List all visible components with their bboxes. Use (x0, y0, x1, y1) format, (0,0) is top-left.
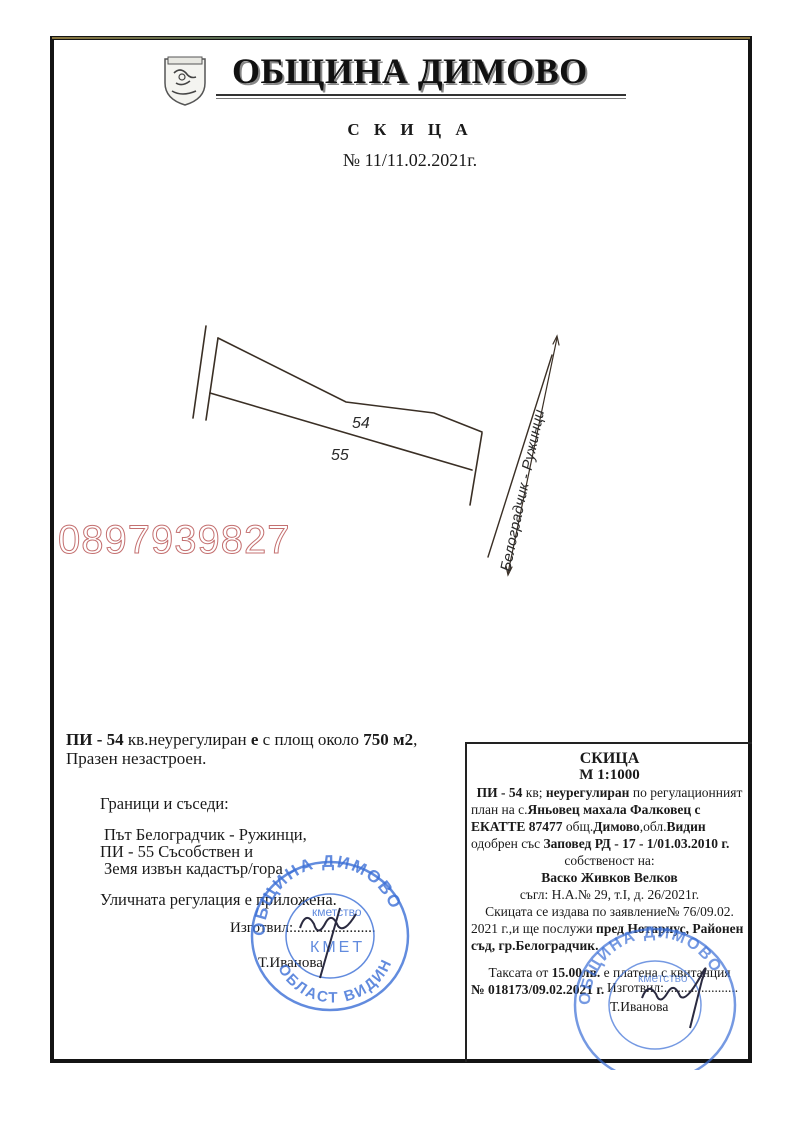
sketch-boundary-line (206, 338, 218, 420)
box-text: план на с. (471, 802, 528, 817)
boundary-line: Земя извън кадастър/гора (104, 860, 337, 877)
box-plot-id: ПИ - 54 (477, 785, 523, 800)
plot-status: Празен незастроен. (66, 749, 417, 768)
parcel-label-55: 55 (331, 447, 349, 464)
parcel-description: ПИ - 54 кв.неурегулиран е с площ около 7… (66, 730, 417, 768)
box-text: е платена с квитанция (600, 965, 730, 980)
box-text: кв; (522, 785, 545, 800)
box-municipality: Димово (593, 819, 639, 834)
box-text: одобрен със (471, 836, 544, 851)
prepared-by-left: Изготвил:...................... (230, 920, 376, 937)
box-text: 2021 г.,и ще послужи (471, 921, 596, 936)
preparer-name-left: Т.Иванова (258, 955, 323, 972)
box-text-bold: неурегулиран (546, 785, 630, 800)
prepared-by-right: Изготвил:...................... (607, 979, 738, 996)
box-text: ,обл. (640, 819, 667, 834)
desc-text: с площ около (258, 730, 363, 749)
desc-text: кв.неурегулиран (124, 730, 251, 749)
deed-reference: съгл: Н.А.№ 29, т.І, д. 26/2021г. (467, 886, 752, 903)
box-title: СКИЦА (467, 750, 752, 767)
box-village: Яньовец махала Фалковец с (528, 802, 701, 817)
road-label: Белоградчик - Ружинци (497, 407, 548, 572)
regulation-note: Уличната регулация е приложена. (100, 891, 337, 908)
box-purpose: съд, гр.Белоградчик. (471, 938, 598, 953)
owner-name: Васко Живков Велков (541, 870, 677, 885)
box-ekatte: ЕКАТТЕ 87477 (471, 819, 563, 834)
box-text: по регулационният (629, 785, 742, 800)
issue-note: Скицата се издава по заявление№ 76/09.02… (467, 903, 752, 920)
boundary-line: ПИ - 55 Съсобствен и (100, 843, 337, 860)
sketch-info-box: СКИЦА М 1:1000 ПИ - 54 кв; неурегулиран … (465, 742, 752, 1062)
box-text: Таксата от (488, 965, 551, 980)
parcel-54-boundary (218, 338, 482, 432)
plot-id: ПИ - 54 (66, 730, 124, 749)
boundary-line: Път Белоградчик - Ружинци, (104, 826, 337, 843)
parcel-label-54: 54 (352, 415, 370, 432)
box-text: общ. (563, 819, 594, 834)
box-purpose: пред Нотариус, Районен (596, 921, 743, 936)
sketch-boundary-line (470, 433, 482, 505)
phone-watermark: 0897939827 (58, 518, 290, 563)
sketch-boundary-line (193, 326, 206, 418)
plot-area: 750 м2 (363, 730, 413, 749)
boundaries-section: Граници и съседи: Път Белоградчик - Ружи… (100, 795, 337, 908)
preparer-name-right: Т.Иванова (610, 998, 668, 1015)
box-region: Видин (667, 819, 706, 834)
owner-label: собственост на: (467, 852, 752, 869)
box-scale: М 1:1000 (467, 767, 752, 784)
box-order: Заповед РД - 17 - 1/01.03.2010 г. (544, 836, 730, 851)
desc-comma: , (413, 730, 417, 749)
receipt-number: № 018173/09.02.2021 г. (471, 982, 604, 997)
boundaries-label: Граници и съседи: (100, 795, 337, 812)
fee-amount: 15.00лв. (552, 965, 601, 980)
